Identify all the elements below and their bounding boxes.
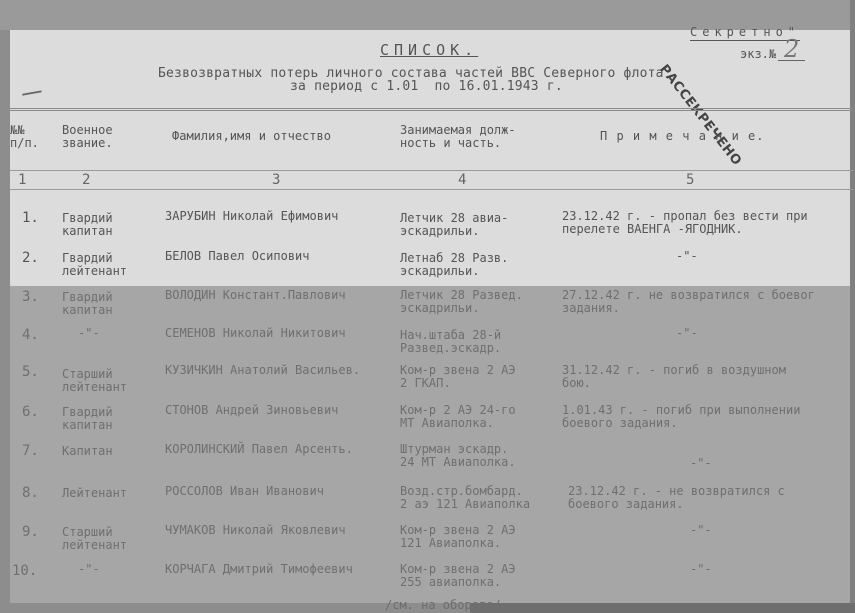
row-position: Летчик 28 авиа- эскадрильи. [400, 212, 508, 238]
header-position: Занимаемая долж- ность и часть. [400, 124, 516, 150]
document-subtitle-line2: за период с 1.01 по 16.01.1943 г. [290, 80, 563, 93]
row-note: 27.12.42 г. не возвратился с боевог зада… [562, 289, 815, 315]
row-note: 23.12.42 г. - не возвратился с боевого з… [568, 485, 785, 511]
scan-viewport: СПИСОК. Безвозвратных потерь личного сос… [0, 0, 855, 613]
row-note: -"- [676, 250, 698, 263]
footer-see-reverse: /см. на обороте/ [385, 598, 501, 612]
column-number-4: 4 [458, 172, 466, 188]
row-rank: Гвардий капитан [62, 406, 113, 432]
table-row: 4. -"- СЕМЕНОВ Николай Никитович Нач.шта… [0, 327, 855, 361]
row-position: Ком-р звена 2 АЭ 255 авиаполка. [400, 563, 516, 589]
table-row: 10. -"- КОРЧАГА Дмитрий Тимофеевич Ком-р… [0, 563, 855, 597]
row-full-name: ЗАРУБИН Николай Ефимович [165, 210, 338, 223]
row-rank: Старший лейтенант [62, 526, 127, 552]
header-full-name: Фамилия,имя и отчество [172, 130, 331, 143]
copy-number-label: экз.№ [740, 47, 776, 61]
column-number-1: 1 [18, 172, 26, 188]
row-rank: Гвардий капитан [62, 291, 113, 317]
scan-bottom-border [470, 603, 855, 613]
row-full-name: БЕЛОВ Павел Осипович [165, 250, 310, 263]
row-note: -"- [676, 327, 698, 340]
row-position: Ком-р 2 АЭ 24-го МТ Авиаполка. [400, 404, 516, 430]
table-row: 7. Капитан КОРОЛИНСКИЙ Павел Арсенть. Шт… [0, 443, 855, 477]
row-number: 1. [22, 212, 39, 225]
table-row: 3. Гвардий капитан ВОЛОДИН Констант.Павл… [0, 289, 855, 323]
row-full-name: ВОЛОДИН Констант.Павлович [165, 289, 346, 302]
row-number: 2. [22, 252, 39, 265]
row-position: Нач.штаба 28-й Развед.эскадр. [400, 329, 501, 355]
row-note: -"- [690, 524, 712, 537]
table-row: 1. Гвардий капитан ЗАРУБИН Николай Ефимо… [0, 210, 855, 244]
row-number: 6. [22, 406, 39, 419]
row-position: Штурман эскадр. 24 МТ Авиаполка. [400, 443, 516, 469]
row-note: -"- [690, 457, 712, 470]
column-number-rule [10, 189, 853, 190]
row-full-name: РОССОЛОВ Иван Иванович [165, 485, 324, 498]
table-row: 8. Лейтенант РОССОЛОВ Иван Иванович Возд… [0, 485, 855, 519]
row-number: 9. [22, 526, 39, 539]
row-position: Ком-р звена 2 АЭ 121 Авиаполка. [400, 524, 516, 550]
row-rank: -"- [78, 563, 100, 576]
row-note: 1.01.43 г. - погиб при выполнении боевог… [562, 404, 800, 430]
row-full-name: КУЗИЧКИН Анатолий Васильев. [165, 364, 360, 377]
row-position: Летнаб 28 Разв. эскадрильи. [400, 252, 508, 278]
table-row: 6. Гвардий капитан СТОНОВ Андрей Зиновье… [0, 404, 855, 438]
table-row: 2. Гвардий лейтенант БЕЛОВ Павел Осипови… [0, 250, 855, 284]
row-rank: Старший лейтенант [62, 368, 127, 394]
row-full-name: СЕМЕНОВ Николай Никитович [165, 327, 346, 340]
row-position: Возд.стр.бомбард. 2 аэ 121 Авиаполка [400, 485, 530, 511]
column-number-3: 3 [272, 172, 280, 188]
row-note: -"- [690, 563, 712, 576]
row-number: 3. [22, 291, 39, 304]
row-rank: Гвардий лейтенант [62, 252, 127, 278]
row-number: 10. [12, 565, 37, 578]
row-rank: Гвардий капитан [62, 212, 113, 238]
header-number: №№ п/п. [10, 124, 39, 150]
header-rank: Военное звание. [62, 124, 113, 150]
column-number-5: 5 [686, 172, 694, 188]
row-position: Ком-р звена 2 АЭ 2 ГКАП. [400, 364, 516, 390]
row-full-name: ЧУМАКОВ Николай Яковлевич [165, 524, 346, 537]
row-full-name: СТОНОВ Андрей Зиновьевич [165, 404, 338, 417]
row-full-name: КОРОЛИНСКИЙ Павел Арсенть. [165, 443, 353, 456]
table-row: 9. Старший лейтенант ЧУМАКОВ Николай Яко… [0, 524, 855, 558]
table-top-rule [10, 108, 853, 111]
table-row: 5. Старший лейтенант КУЗИЧКИН Анатолий В… [0, 364, 855, 398]
row-note: 23.12.42 г. - пропал без вести при перел… [562, 210, 808, 236]
row-rank: Капитан [62, 445, 113, 458]
row-number: 8. [22, 487, 39, 500]
row-position: Летчик 28 Развед. эскадрильи. [400, 289, 523, 315]
column-number-2: 2 [82, 172, 90, 188]
row-rank: Лейтенант [62, 487, 127, 500]
row-full-name: КОРЧАГА Дмитрий Тимофеевич [165, 563, 353, 576]
document-title: СПИСОК. [380, 41, 478, 59]
copy-number-handwritten: 2 [778, 38, 805, 61]
header-note: П р и м е ч а н и е. [600, 130, 765, 143]
header-rule [10, 170, 853, 171]
row-number: 4. [22, 329, 39, 342]
row-number: 7. [22, 445, 39, 458]
row-number: 5. [22, 366, 39, 379]
row-rank: -"- [78, 327, 100, 340]
row-note: 31.12.42 г. - погиб в воздушном бою. [562, 364, 786, 390]
